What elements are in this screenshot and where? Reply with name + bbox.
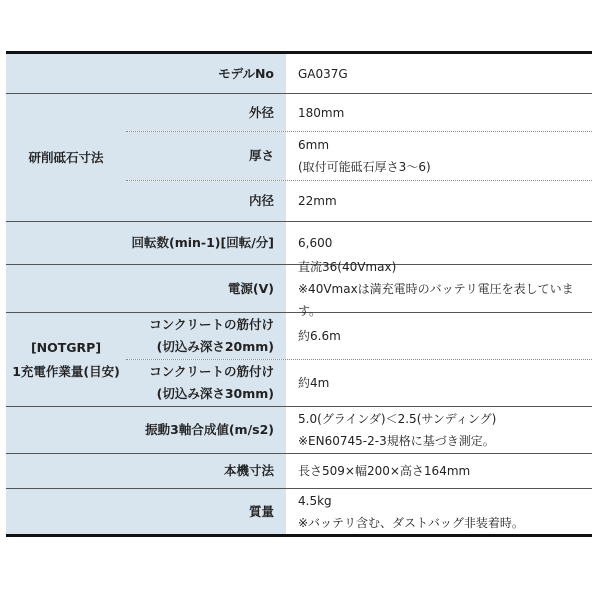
label-inner-diameter: 内径 bbox=[126, 181, 286, 221]
label-work-30mm: コンクリートの筋付け (切込み深さ30mm) bbox=[126, 360, 286, 406]
value-text: 約4m bbox=[298, 372, 592, 394]
value-work-30mm: 約4m bbox=[286, 360, 592, 406]
spec-table: モデルNo GA037G 研削砥石寸法 外径 180mm 厚さ 6mm (取付可… bbox=[6, 51, 592, 537]
value-text: 約6.6m bbox=[298, 325, 592, 347]
row-dimensions: 本機寸法 長さ509×幅200×高さ164mm bbox=[6, 454, 592, 489]
value-note: ※バッテリ含む、ダストバッグ非装着時。 bbox=[298, 512, 592, 534]
label-rpm: 回転数(min-1)[回転/分] bbox=[6, 222, 286, 264]
value-note: ※EN60745-2-3規格に基づき測定。 bbox=[298, 430, 592, 452]
label-wheel-group: 研削砥石寸法 bbox=[6, 94, 126, 221]
label-model: モデルNo bbox=[6, 54, 286, 93]
value-mass: 4.5kg ※バッテリ含む、ダストバッグ非装着時。 bbox=[286, 489, 592, 534]
work-subrows: コンクリートの筋付け (切込み深さ20mm) 約6.6m コンクリートの筋付け … bbox=[126, 313, 592, 406]
value-text: GA037G bbox=[298, 63, 592, 85]
value-model: GA037G bbox=[286, 54, 592, 93]
group-wheel: 研削砥石寸法 外径 180mm 厚さ 6mm (取付可能砥石厚さ3〜6) 内径 … bbox=[6, 94, 592, 222]
label-power: 電源(V) bbox=[6, 265, 286, 312]
label-thickness: 厚さ bbox=[126, 132, 286, 180]
work-group-tag: [NOTGRP] bbox=[31, 336, 101, 360]
label-dimensions: 本機寸法 bbox=[6, 454, 286, 488]
value-text: 6mm bbox=[298, 134, 592, 156]
label-text: 外径 bbox=[249, 102, 274, 124]
label-text: 内径 bbox=[249, 190, 274, 212]
value-text: 22mm bbox=[298, 190, 592, 212]
value-text: 6,600 bbox=[298, 232, 592, 254]
row-work-20mm: コンクリートの筋付け (切込み深さ20mm) 約6.6m bbox=[126, 313, 592, 360]
label-text: コンクリートの筋付け bbox=[149, 314, 274, 336]
value-dimensions: 長さ509×幅200×高さ164mm bbox=[286, 454, 592, 488]
label-vibration: 振動3軸合成値(m/s2) bbox=[6, 407, 286, 453]
row-mass: 質量 4.5kg ※バッテリ含む、ダストバッグ非装着時。 bbox=[6, 489, 592, 534]
label-mass: 質量 bbox=[6, 489, 286, 534]
value-text: 5.0(グラインダ)＜2.5(サンディング) bbox=[298, 408, 592, 430]
value-thickness: 6mm (取付可能砥石厚さ3〜6) bbox=[286, 132, 592, 180]
label-subtext: (切込み深さ20mm) bbox=[157, 336, 274, 358]
label-outer-diameter: 外径 bbox=[126, 94, 286, 131]
value-text: 4.5kg bbox=[298, 490, 592, 512]
value-power: 直流36(40Vmax) ※40Vmaxは満充電時のバッテリ電圧を表しています。 bbox=[286, 265, 592, 312]
value-note: (取付可能砥石厚さ3〜6) bbox=[298, 156, 592, 178]
value-text: 長さ509×幅200×高さ164mm bbox=[298, 460, 592, 482]
value-text: 180mm bbox=[298, 102, 592, 124]
row-thickness: 厚さ 6mm (取付可能砥石厚さ3〜6) bbox=[126, 132, 592, 181]
value-inner-diameter: 22mm bbox=[286, 181, 592, 221]
row-outer-diameter: 外径 180mm bbox=[126, 94, 592, 132]
label-work-20mm: コンクリートの筋付け (切込み深さ20mm) bbox=[126, 313, 286, 359]
value-vibration: 5.0(グラインダ)＜2.5(サンディング) ※EN60745-2-3規格に基づ… bbox=[286, 407, 592, 453]
value-outer-diameter: 180mm bbox=[286, 94, 592, 131]
row-work-30mm: コンクリートの筋付け (切込み深さ30mm) 約4m bbox=[126, 360, 592, 406]
value-text: 直流36(40Vmax) bbox=[298, 256, 592, 278]
wheel-subrows: 外径 180mm 厚さ 6mm (取付可能砥石厚さ3〜6) 内径 22mm bbox=[126, 94, 592, 221]
value-work-20mm: 約6.6m bbox=[286, 313, 592, 359]
label-text: 厚さ bbox=[249, 145, 274, 167]
row-model: モデルNo GA037G bbox=[6, 54, 592, 94]
label-text: コンクリートの筋付け bbox=[149, 361, 274, 383]
row-power: 電源(V) 直流36(40Vmax) ※40Vmaxは満充電時のバッテリ電圧を表… bbox=[6, 265, 592, 313]
wheel-group-text: 研削砥石寸法 bbox=[28, 146, 103, 170]
work-group-text: 1充電作業量(目安) bbox=[12, 360, 120, 384]
row-vibration: 振動3軸合成値(m/s2) 5.0(グラインダ)＜2.5(サンディング) ※EN… bbox=[6, 407, 592, 454]
row-inner-diameter: 内径 22mm bbox=[126, 181, 592, 221]
group-work: [NOTGRP] 1充電作業量(目安) コンクリートの筋付け (切込み深さ20m… bbox=[6, 313, 592, 407]
label-work-group: [NOTGRP] 1充電作業量(目安) bbox=[6, 313, 126, 406]
label-subtext: (切込み深さ30mm) bbox=[157, 383, 274, 405]
